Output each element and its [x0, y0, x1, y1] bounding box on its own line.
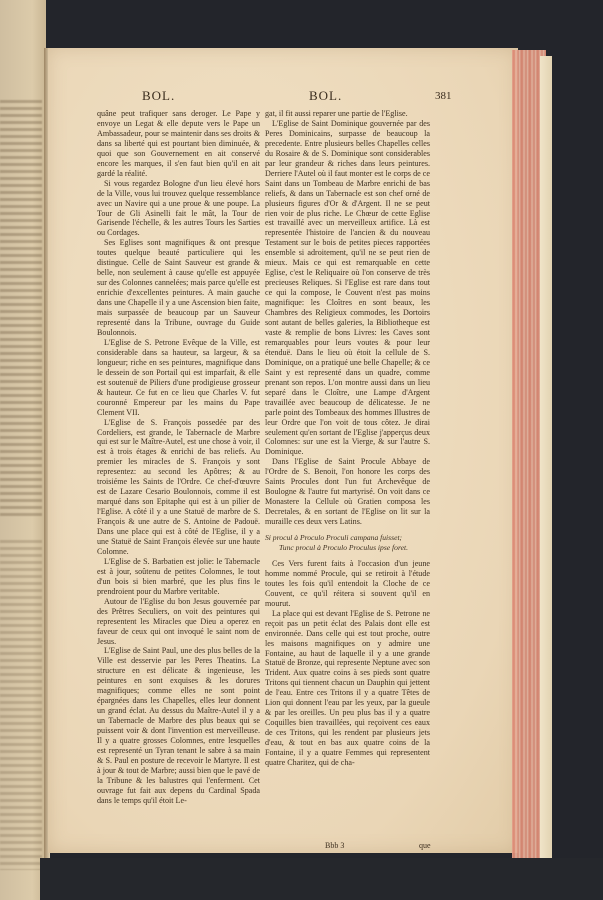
- paragraph: Si vous regardez Bologne d'un lieu élevé…: [97, 179, 260, 239]
- paragraph: Ses Eglises sont magnifiques & ont presq…: [97, 238, 260, 338]
- paragraph: L'Eglise de Saint Paul, une des plus bel…: [97, 646, 260, 805]
- verse-line-2: Tunc procul à Proculo Proculus ipse fore…: [265, 543, 430, 553]
- verse-line-1: Si procul à Proculo Proculi campana fuis…: [265, 533, 430, 543]
- paragraph: L'Eglise de S. Petrone Evêque de la Vill…: [97, 338, 260, 418]
- page-number: 381: [435, 90, 452, 102]
- paragraph: gat, il fit aussi reparer une partie de …: [265, 109, 430, 119]
- latin-verse: Si procul à Proculo Proculi campana fuis…: [265, 533, 430, 553]
- paragraph: L'Eglise de S. Barbatien est jolie: le T…: [97, 557, 260, 597]
- facing-page-text-blur: [0, 100, 42, 520]
- running-head-left: BOL.: [142, 88, 175, 104]
- paragraph: L'Eglise de S. François possedée par des…: [97, 418, 260, 557]
- page-block-edge: [540, 56, 552, 862]
- facing-left-page: [0, 0, 46, 900]
- paragraph: quâne peut trafiquer sans deroger. Le Pa…: [97, 109, 260, 179]
- signature-mark: Bbb 3: [325, 841, 344, 850]
- catchword: que: [419, 841, 431, 850]
- right-column: gat, il fit aussi reparer une partie de …: [265, 109, 430, 768]
- left-column: quâne peut trafiquer sans deroger. Le Pa…: [97, 109, 260, 806]
- background-cloth: [40, 858, 603, 900]
- paragraph: La place qui est devant l'Eglise de S. P…: [265, 609, 430, 768]
- paragraph: Dans l'Eglise de Saint Procule Abbaye de…: [265, 457, 430, 527]
- paragraph: L'Eglise de Saint Dominique gouvernée pa…: [265, 119, 430, 457]
- paragraph: Ces Vers furent faits à l'occasion d'un …: [265, 559, 430, 609]
- running-head-right: BOL.: [309, 88, 342, 104]
- paragraph: Autour de l'Eglise du bon Jesus gouverné…: [97, 597, 260, 647]
- facing-page-text-blur: [0, 540, 42, 870]
